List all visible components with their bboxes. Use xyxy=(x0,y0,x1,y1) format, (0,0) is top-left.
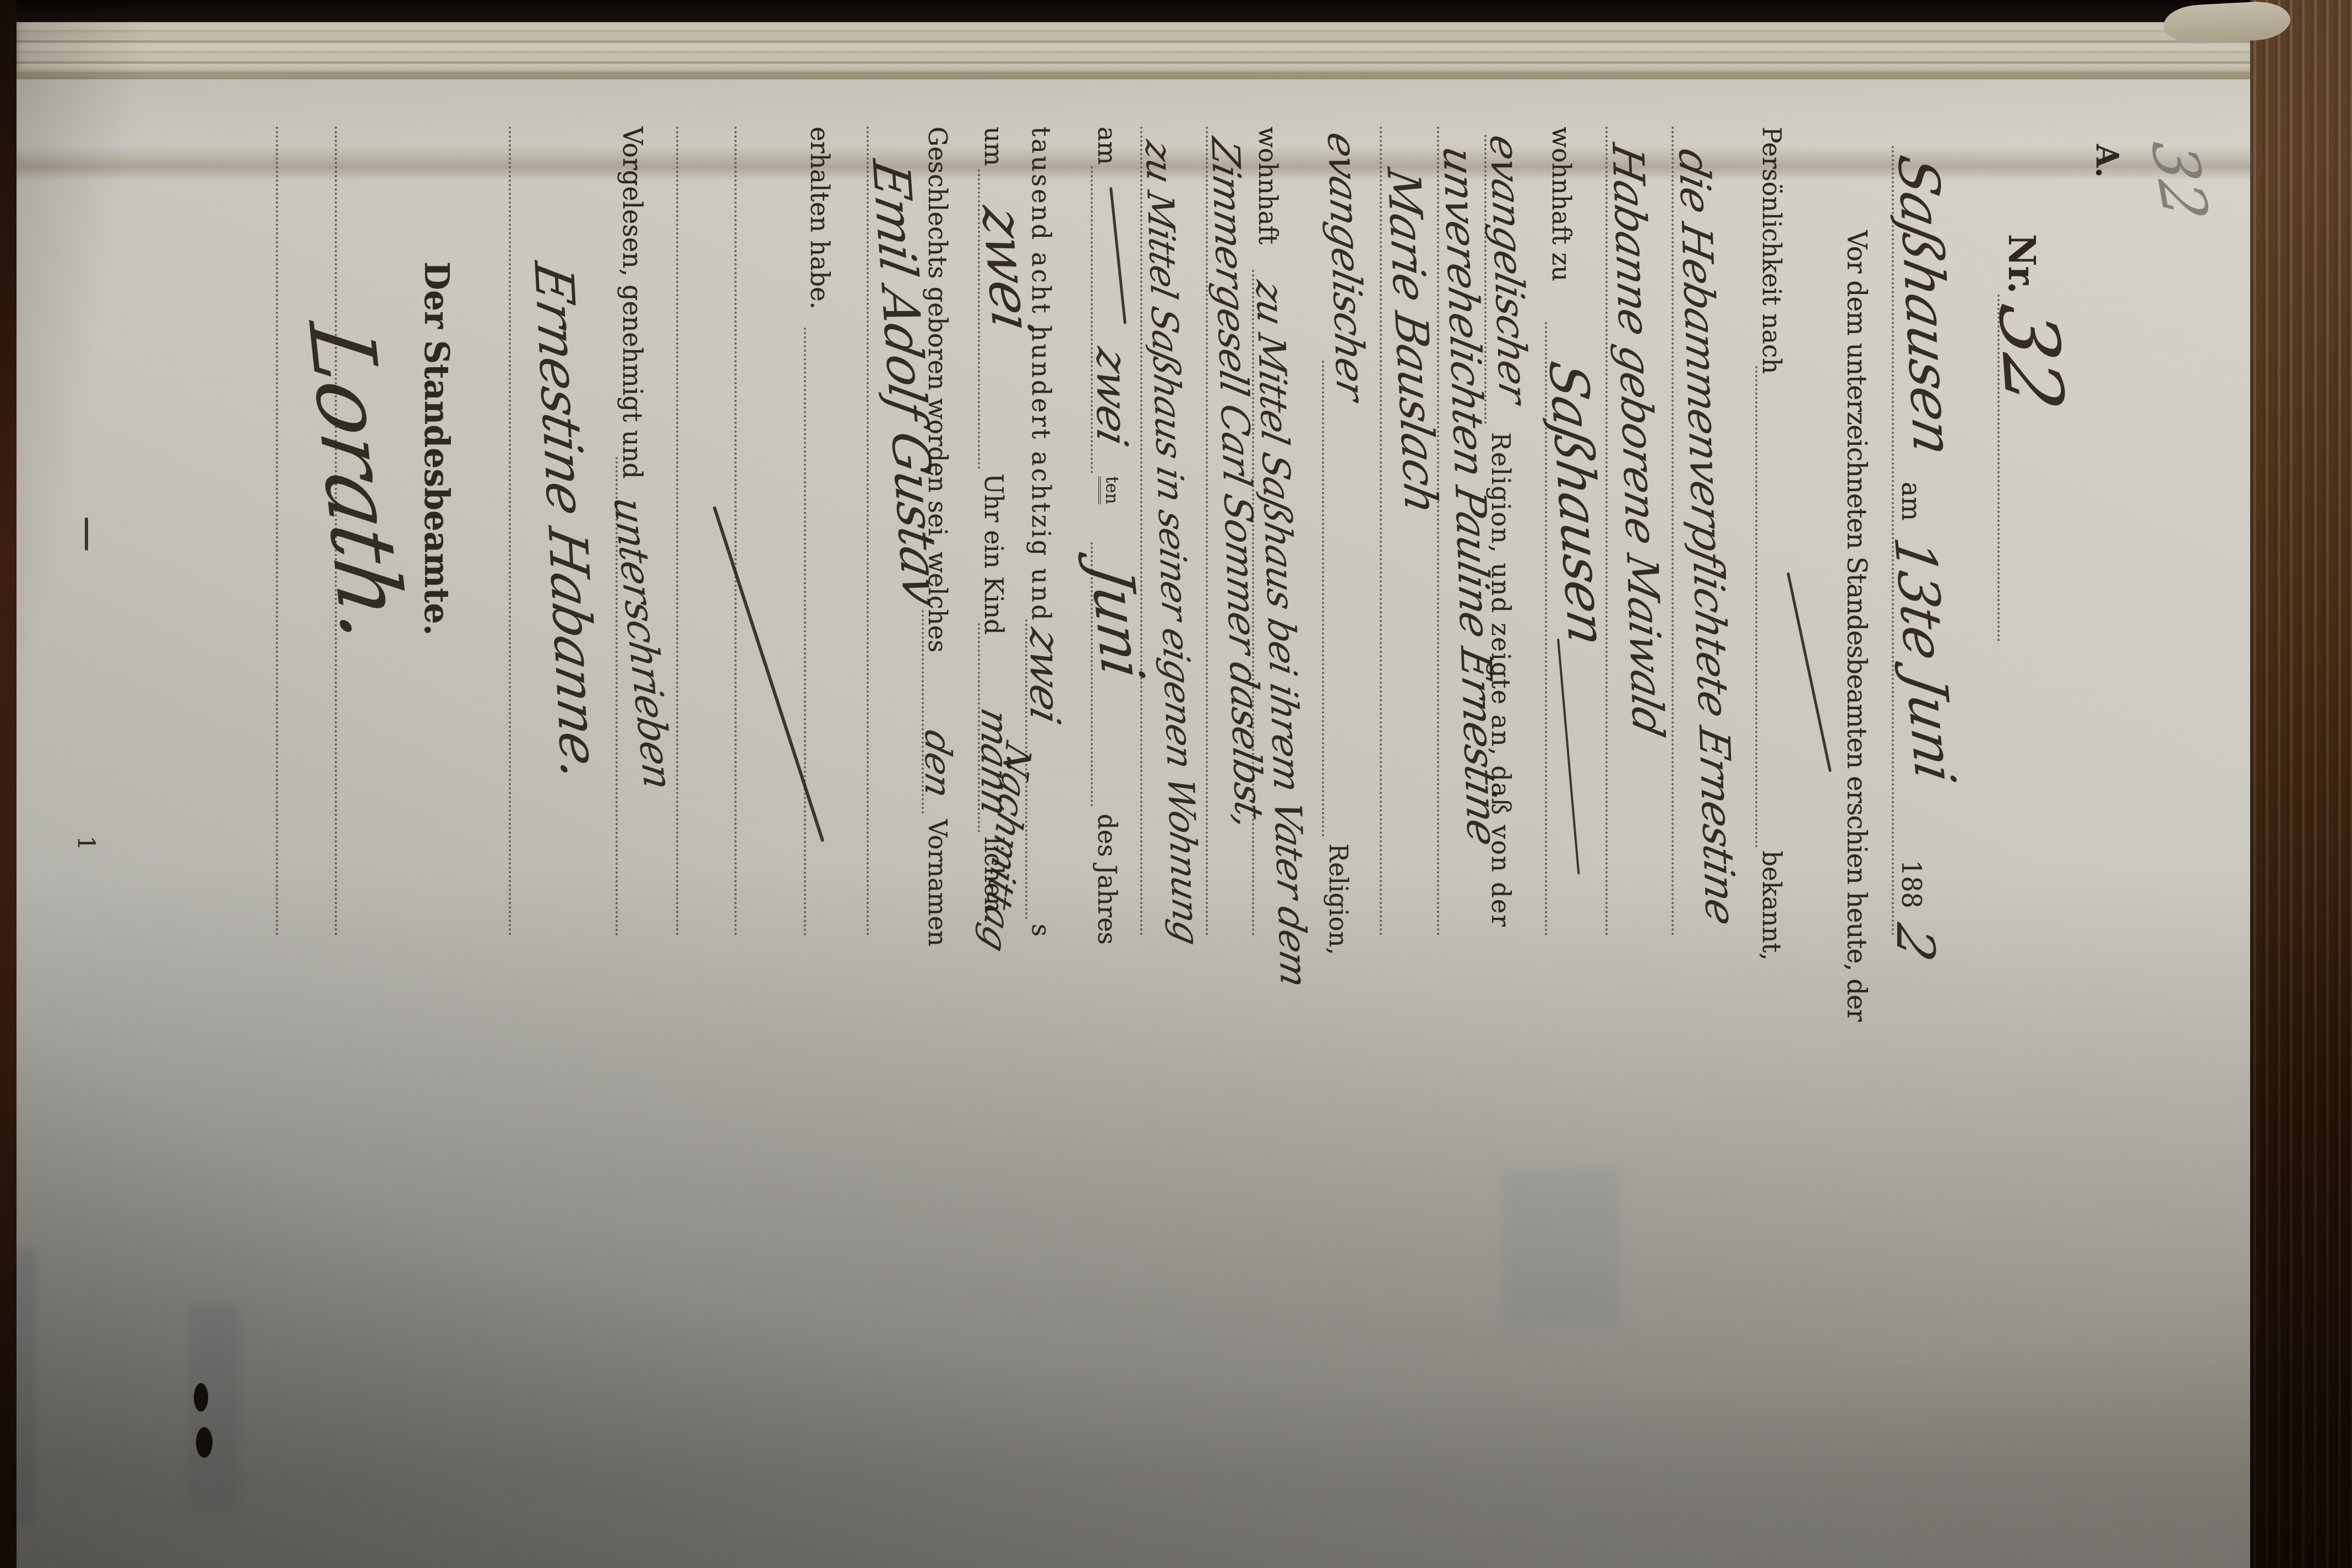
handwritten-entry: zwei xyxy=(1024,625,1066,727)
dotted-rule xyxy=(276,127,278,936)
handwritten-entry: den xyxy=(919,727,956,801)
printed-form-text: am xyxy=(1095,127,1120,165)
printed-form-text: tausend acht hundert achtzig und xyxy=(1028,127,1054,622)
handwritten-entry: 13te Juni xyxy=(1886,534,1963,785)
handwritten-entry: männ xyxy=(976,705,1014,819)
printed-form-text: ten xyxy=(1098,476,1120,504)
dotted-rule xyxy=(509,127,511,936)
book-spine-edge xyxy=(0,0,17,1568)
printed-form-text: wohnhaft zu xyxy=(1549,127,1575,281)
printed-form-text: Persönlichkeit nach xyxy=(1759,127,1785,374)
printed-form-text: Religion, xyxy=(1326,843,1352,955)
handwritten-entry: die Hebammenverpflichtete Ernestine xyxy=(1673,146,1742,928)
handwritten-entry: zwei xyxy=(1090,344,1133,449)
printed-form-text: um xyxy=(981,127,1007,166)
handwritten-entry: Saßhausen xyxy=(1540,358,1613,649)
printed-form-text: 188 xyxy=(1898,860,1925,908)
printed-form-text: Vorgelesen, genehmigt und xyxy=(619,127,646,479)
printed-form-text: 1 xyxy=(74,836,99,851)
register-page-rotated: 32A.Nr.32Saßhausenam13te Juni1882Vor dem… xyxy=(17,22,2257,1568)
printed-form-text: Uhr ein Kind xyxy=(981,473,1007,635)
handwritten-entry: 2 xyxy=(1888,919,1941,965)
printed-form-text: Nr. xyxy=(2003,234,2040,294)
ink-blot xyxy=(196,1427,213,1458)
handwritten-entry: Juni xyxy=(1081,562,1152,681)
dotted-rule xyxy=(734,127,737,936)
handwritten-stroke xyxy=(1109,187,1126,324)
handwritten-stroke xyxy=(712,506,824,842)
printed-form-text: A. xyxy=(2092,144,2123,178)
printed-form-text: Vor dem unterzeichneten Standesbeamten e… xyxy=(1843,230,1870,1021)
pencil-annotation: 32 xyxy=(2142,140,2217,221)
handwritten-entry: unterschrieben xyxy=(608,496,679,791)
printed-form-text: s xyxy=(1028,924,1054,937)
handwritten-entry: Habanne geborene Maiwald xyxy=(1605,140,1669,739)
dotted-rule xyxy=(804,328,806,936)
printed-form-text: Vornamen xyxy=(925,819,951,946)
book-cover-wood-edge xyxy=(2250,0,2352,1568)
printed-form-text: erhalten habe. xyxy=(807,127,833,309)
handwritten-entry: Marie Bauslach xyxy=(1380,165,1444,516)
ink-bleed-through-mark xyxy=(14,1250,35,1525)
dotted-rule xyxy=(1322,361,1324,837)
stacked-page-edges xyxy=(17,22,2257,79)
printed-form-text: am xyxy=(1898,482,1925,521)
handwritten-entry: 32 xyxy=(1986,300,2075,413)
handwritten-stroke xyxy=(1557,639,1580,875)
printed-form-text: bekannt, xyxy=(1759,851,1785,961)
handwritten-entry: zwei xyxy=(973,204,1040,334)
dotted-rule xyxy=(676,127,678,936)
dotted-rule xyxy=(1755,366,1757,848)
handwritten-stroke xyxy=(85,518,88,551)
handwritten-entry: zu Mittel Saßhaus in seiner eigenen Wohn… xyxy=(1140,138,1204,948)
printed-form-text: Der Standesbeamte. xyxy=(420,262,454,635)
ink-bleed-through-mark xyxy=(1503,1167,1619,1327)
printed-form-text: des Jahres xyxy=(1095,814,1120,945)
table-shadow-top xyxy=(0,0,2352,23)
handwritten-entry: Ernestine Habanne. xyxy=(526,259,607,785)
handwritten-stroke xyxy=(1787,572,1832,772)
photograph-of-register-book: 32A.Nr.32Saßhausenam13te Juni1882Vor dem… xyxy=(0,0,2352,1568)
handwritten-entry: Lorath. xyxy=(295,319,418,649)
handwritten-entry: evangelischer xyxy=(1322,129,1371,403)
ink-blot xyxy=(194,1383,208,1412)
handwritten-entry: evangelischer xyxy=(1484,132,1533,406)
printed-form-text: wohnhaft xyxy=(1255,127,1281,244)
handwritten-entry: Saßhausen xyxy=(1890,151,1961,459)
